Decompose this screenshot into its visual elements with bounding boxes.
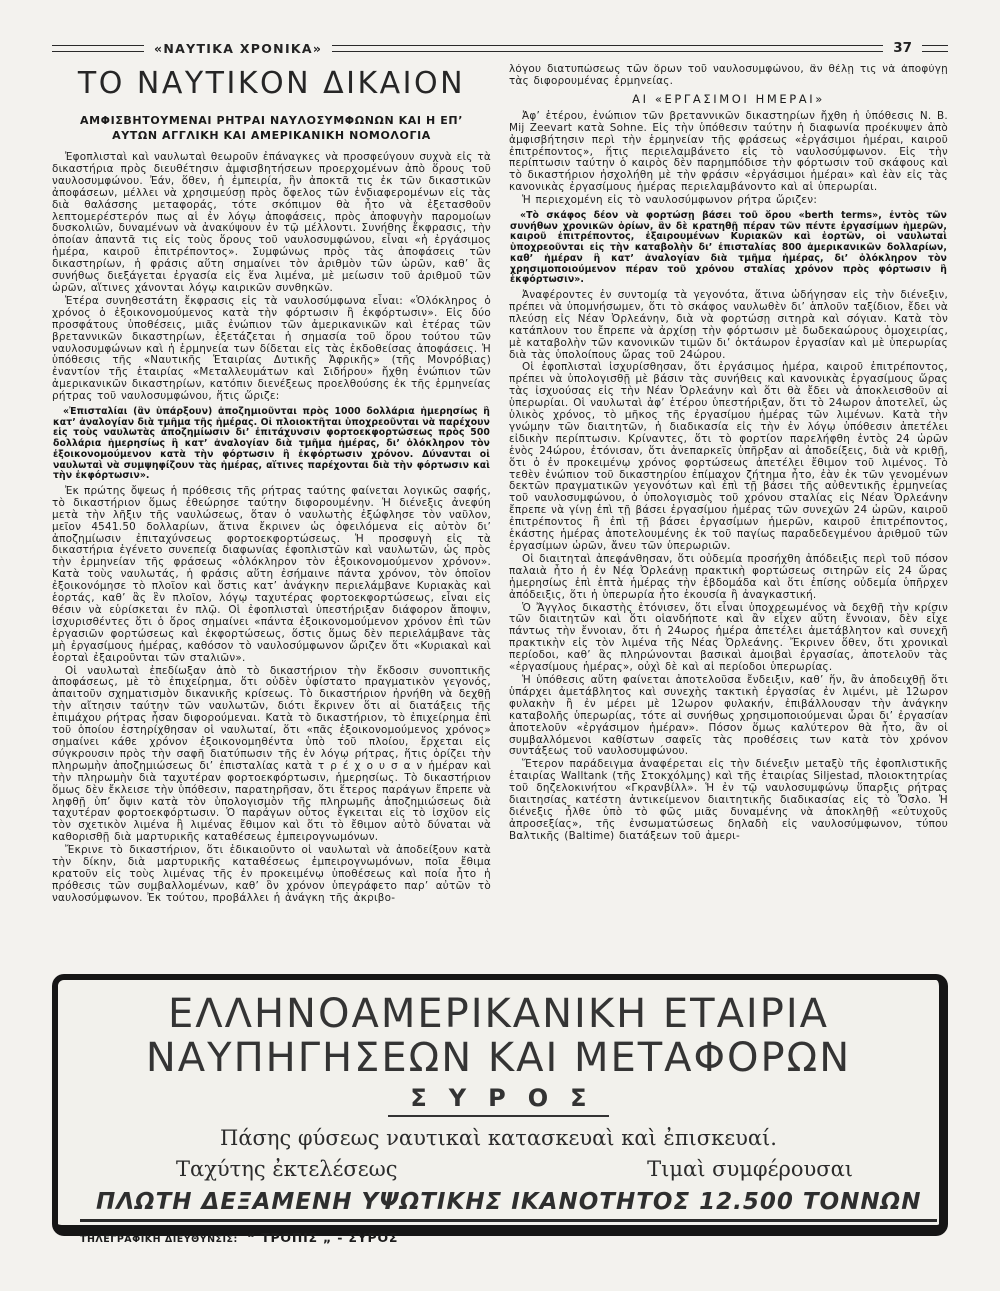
article-body: ΤΟ ΝΑΥΤΙΚΟΝ ΔΙΚΑΙΟΝ ΑΜΦΙΣΒΗΤΟΥΜΕΝΑΙ ΡΗΤΡ… [52,64,948,962]
charter-clause-quote: «Ἐπισταλίαι (ἂν ὑπάρξουν) ἀποζημιοῦνται … [52,407,491,482]
paragraph: Ἐφοπλισταὶ καὶ ναυλωταὶ θεωροῦν ἐπάναγκε… [52,152,491,295]
masthead: «ΝΑΥΤΙΚΑ ΧΡΟΝΙΚΑ» [154,41,322,56]
paragraph: Ἕτερον παράδειγμα ἀναφέρεται εἰς τὴν διέ… [509,759,948,842]
paragraph: Ἀναφέροντες ἐν συντομίᾳ τὰ γεγονότα, ἅτι… [509,290,948,361]
magazine-page: «ΝΑΥΤΙΚΑ ΧΡΟΝΙΚΑ» 37 ΤΟ ΝΑΥΤΙΚΟΝ ΔΙΚΑΙΟΝ… [0,0,1000,1291]
ad-company-name-line-2: ΝΑΥΠΗΓΗΣΕΩΝ ΚΑΙ ΜΕΤΑΦΟΡΩΝ [80,1036,917,1080]
paragraph: Ἡ ὑπόθεσις αὕτη φαίνεται ἀποτελοῦσα ἔνδε… [509,675,948,758]
section-heading: ΑΙ «ΕΡΓΑΣΙΜΟΙ ΗΜΕΡΑΙ» [509,92,948,106]
article-subtitle: ΑΜΦΙΣΒΗΤΟΥΜΕΝΑΙ ΡΗΤΡΑΙ ΝΑΥΛΟΣΥΜΦΩΝΩΝ ΚΑΙ… [52,113,491,143]
ad-note-speed: Ταχύτης ἐκτελέσεως [176,1157,398,1181]
paragraph: Ἔκρινε τὸ δικαστήριον, ὅτι ἐδικαιοῦντο ο… [52,845,491,905]
ad-telegraph-line: ΤΗΛΕΓΡΑΦΙΚΗ ΔΙΕΥΘΥΝΣΙΣ: “ ΤΡΟΠΙΣ „ - ΣΥΡ… [80,1227,917,1246]
paragraph: Ἀφ’ ἑτέρου, ἐνώπιον τῶν βρεταννικῶν δικα… [509,111,948,194]
article-title: ΤΟ ΝΑΥΤΙΚΟΝ ΔΙΚΑΙΟΝ [52,66,491,101]
ad-notes-row: Ταχύτης ἐκτελέσεως Τιμαὶ συμφέρουσαι [80,1150,917,1181]
ad-telegraph-label: ΤΗΛΕΓΡΑΦΙΚΗ ΔΙΕΥΘΥΝΣΙΣ: [80,1234,238,1245]
ad-location: ΣΥΡΟΣ [388,1084,608,1117]
paragraph: Ἐκ πρώτης ὄψεως ἡ πρόθεσις τῆς ρήτρας τα… [52,486,491,665]
ad-telegraph-address: “ ΤΡΟΠΙΣ „ - ΣΥΡΟΣ [247,1230,398,1245]
paragraph: Οἱ ἐφοπλισταὶ ἰσχυρίσθησαν, ὅτι ἐργάσιμο… [509,362,948,553]
ad-location-wrap: ΣΥΡΟΣ [80,1084,917,1117]
ad-note-prices: Τιμαὶ συμφέρουσαι [647,1157,853,1181]
paragraph: Οἱ διαιτηταὶ ἀπεφάνθησαν, ὅτι οὐδεμία πρ… [509,554,948,602]
ad-company-name-line-1: ΕΛΛΗΝΟΑΜΕΡΙΚΑΝΙΚΗ ΕΤΑΙΡΙΑ [80,992,917,1036]
ad-floating-dock-banner: ΠΛΩΤΗ ΔΕΞΑΜΕΝΗ ΥΨΩΤΙΚΗΣ ΙΚΑΝΟΤΗΤΟΣ 12.50… [80,1189,937,1222]
paragraph: Ἡ περιεχομένη εἰς τὸ ναυλοσύμφωνον ρήτρα… [509,195,948,207]
charter-clause-quote: «Τὸ σκάφος δέον νὰ φορτώσῃ βάσει τοῦ ὅρο… [509,211,948,286]
header-rule-middle [332,45,883,52]
ad-banner-wrap: ΠΛΩΤΗ ΔΕΞΑΜΕΝΗ ΥΨΩΤΙΚΗΣ ΙΚΑΝΟΤΗΤΟΣ 12.50… [80,1189,917,1222]
ad-tagline: Πάσης φύσεως ναυτικαὶ κατασκευαὶ καὶ ἐπι… [80,1126,917,1150]
paragraph: Ὁ Ἄγγλος δικαστὴς ἐτόνισεν, ὅτι εἶναι ὑπ… [509,603,948,674]
advertisement-box: ΕΛΛΗΝΟΑΜΕΡΙΚΑΝΙΚΗ ΕΤΑΙΡΙΑ ΝΑΥΠΗΓΗΣΕΩΝ ΚΑ… [52,974,948,1236]
subtitle-line-1: ΑΜΦΙΣΒΗΤΟΥΜΕΝΑΙ ΡΗΤΡΑΙ ΝΑΥΛΟΣΥΜΦΩΝΩΝ ΚΑΙ… [80,114,463,127]
page-header: «ΝΑΥΤΙΚΑ ΧΡΟΝΙΚΑ» 37 [52,40,948,56]
left-column: ΤΟ ΝΑΥΤΙΚΟΝ ΔΙΚΑΙΟΝ ΑΜΦΙΣΒΗΤΟΥΜΕΝΑΙ ΡΗΤΡ… [52,64,491,962]
page-number: 37 [893,40,912,56]
subtitle-line-2: ΑΥΤΩΝ ΑΓΓΛΙΚΗ ΚΑΙ ΑΜΕΡΙΚΑΝΙΚΗ ΝΟΜΟΛΟΓΙΑ [112,129,431,142]
right-column: λόγου διατυπώσεως τῶν ὅρων τοῦ ναυλοσυμφ… [509,64,948,962]
header-rule-right [922,45,948,52]
header-rule-left [52,45,144,52]
paragraph-continuation: λόγου διατυπώσεως τῶν ὅρων τοῦ ναυλοσυμφ… [509,64,948,88]
paragraph: Ἑτέρα συνηθεστάτη ἔκφρασις εἰς τὰ ναυλοσ… [52,296,491,403]
paragraph: Οἱ ναυλωταὶ ἐπεδίωξαν ἀπὸ τὸ δικαστήριον… [52,666,491,845]
